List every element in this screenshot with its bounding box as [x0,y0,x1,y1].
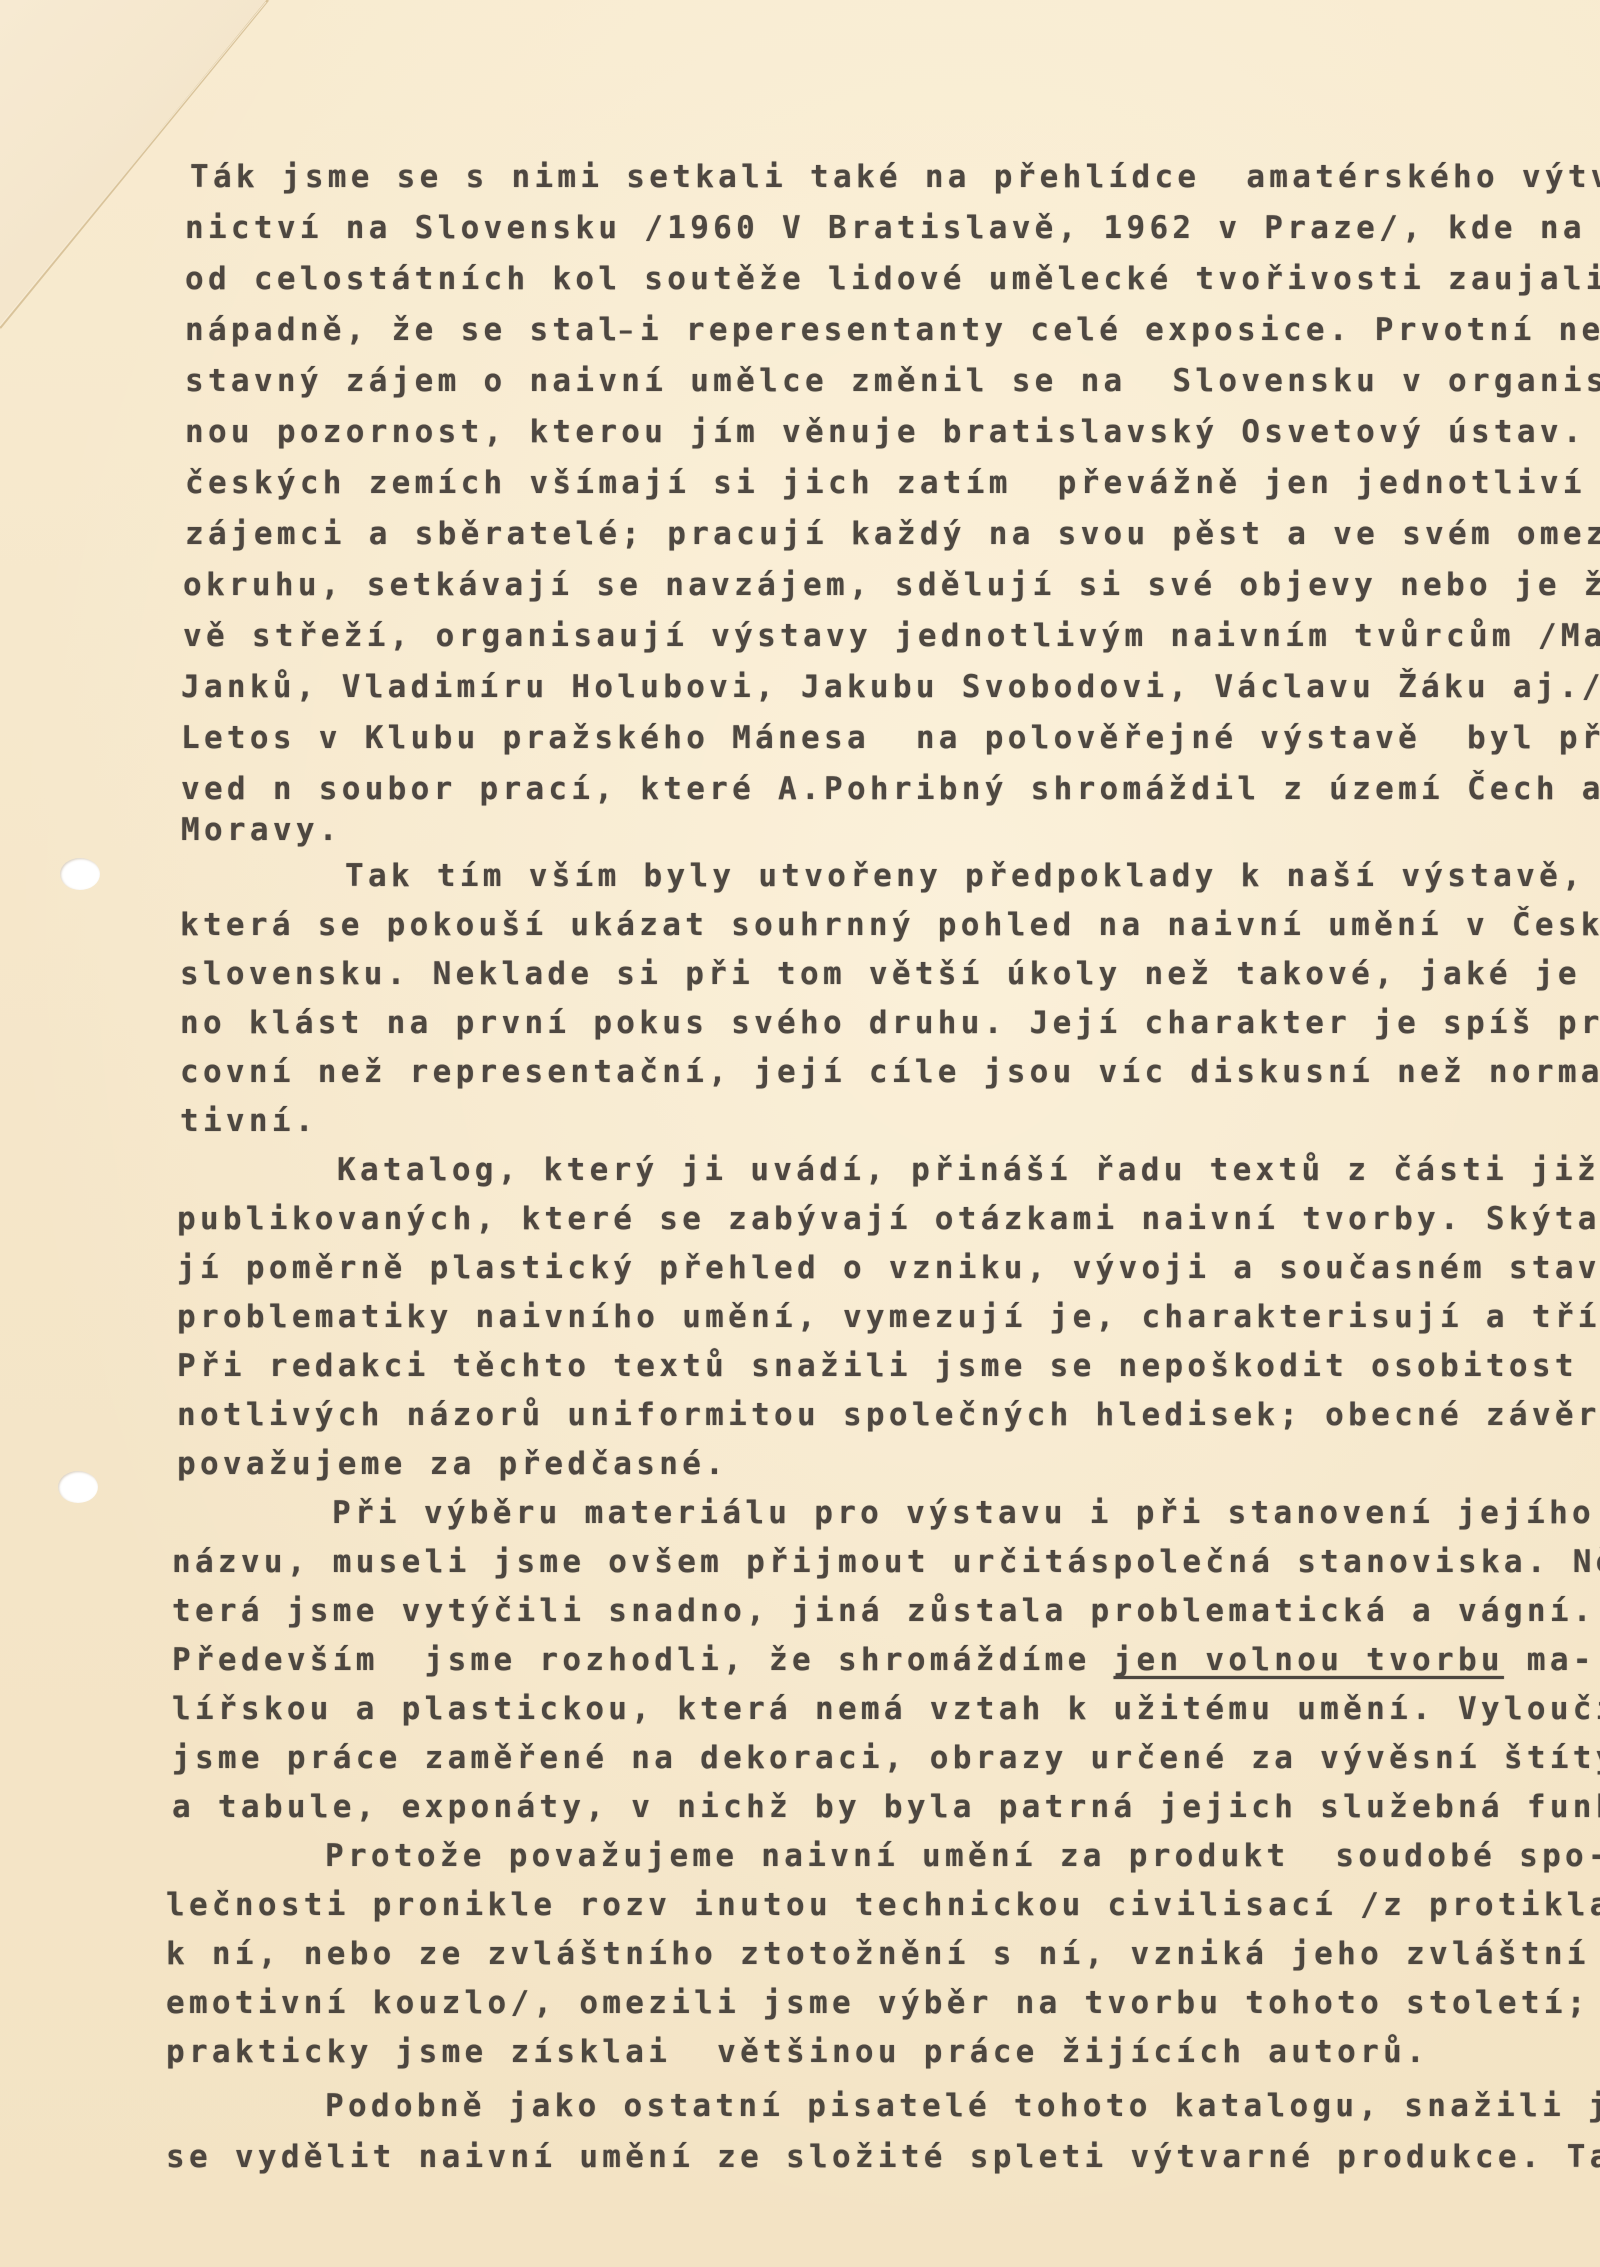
text-segment: Především jsme rozhodli, že shromáždíme [172,1642,1114,1678]
text-line: lečnosti pronikle rozv inutou technickou… [166,1885,1600,1925]
text-line: od celostátních kol soutěže lidové uměle… [185,259,1600,299]
text-line: prakticky jsme získlai většinou práce ži… [166,2032,1429,2072]
text-line: okruhu, setkávají se navzájem, sdělují s… [183,565,1600,605]
text-line: k ní, nebo ze zvláštního ztotožnění s ní… [166,1934,1590,1974]
text-line: slovensku. Neklade si při tom větší úkol… [180,954,1600,994]
text-line: která se pokouší ukázat souhrnný pohled … [180,905,1600,945]
text-line: ved n soubor prací, které A.Pohribný shr… [181,769,1600,809]
text-line: Ták jsme se s nimi setkali také na přehl… [190,157,1600,197]
text-line: Podobně jako ostatní pisatelé tohoto kat… [325,2086,1600,2126]
text-line: Letos v Klubu pražského Mánesa na polově… [181,718,1600,758]
text-line: problematiky naivního umění, vymezují je… [177,1297,1600,1337]
text-line: nápadně, že se stal̵i reperesentanty cel… [185,310,1600,350]
text-line: tivní. [180,1101,318,1141]
text-line: českých zemích všímají si jich zatím pře… [185,463,1586,503]
text-line: jsme práce zaměřené na dekoraci, obrazy … [172,1738,1600,1778]
text-line: Především jsme rozhodli, že shromáždíme … [172,1640,1596,1680]
text-line: publikovaných, které se zabývají otázkam… [177,1199,1600,1239]
text-line: nou pozornost, kterou jím věnuje bratisl… [185,412,1600,452]
text-line: a tabule, exponáty, v nichž by byla patr… [172,1787,1600,1827]
underlined-emphasis: jen volnou tvorbu [1114,1642,1504,1678]
text-line: zájemci a sběratelé; pracují každý na sv… [185,514,1600,554]
punch-hole-top [60,858,100,890]
text-line: považujeme za předčasné. [177,1444,728,1484]
text-line: se vydělit naivní umění ze složité splet… [166,2137,1600,2177]
text-line: Moravy. [181,810,342,850]
text-line: terá jsme vytýčili snadno, jiná zůstala … [172,1591,1596,1631]
text-line: Protože považujeme naivní umění za produ… [325,1836,1600,1876]
text-line: jí poměrně plastický přehled o vzniku, v… [177,1248,1600,1288]
text-line: Janků, Vladimíru Holubovi, Jakubu Svobod… [181,667,1600,707]
punch-hole-bottom [58,1471,98,1503]
text-line: stavný zájem o naivní umělce změnil se n… [185,361,1600,401]
text-line: covní než representační, její cíle jsou … [180,1052,1600,1092]
text-line: Tak tím vším byly utvořeny předpoklady k… [345,856,1585,896]
text-line: Při výběru materiálu pro výstavu i při s… [332,1493,1595,1533]
text-line: no klást na první pokus svého druhu. Jej… [180,1003,1600,1043]
text-line: názvu, museli jsme ovšem přijmout určitá… [172,1542,1600,1582]
text-line: vě střeží, organisaují výstavy jednotliv… [183,616,1600,656]
text-line: notlivých názorů uniformitou společných … [177,1395,1600,1435]
text-line: Katalog, který ji uvádí, přináší řadu te… [337,1150,1600,1190]
text-segment: ma- [1504,1642,1596,1678]
text-line: lířskou a plastickou, která nemá vztah k… [172,1689,1600,1729]
text-line: nictví na Slovensku /1960 V Bratislavě, … [185,208,1600,248]
text-line: emotivní kouzlo/, omezili jsme výběr na … [166,1983,1590,2023]
text-line: Při redakci těchto textů snažili jsme se… [177,1346,1600,1386]
